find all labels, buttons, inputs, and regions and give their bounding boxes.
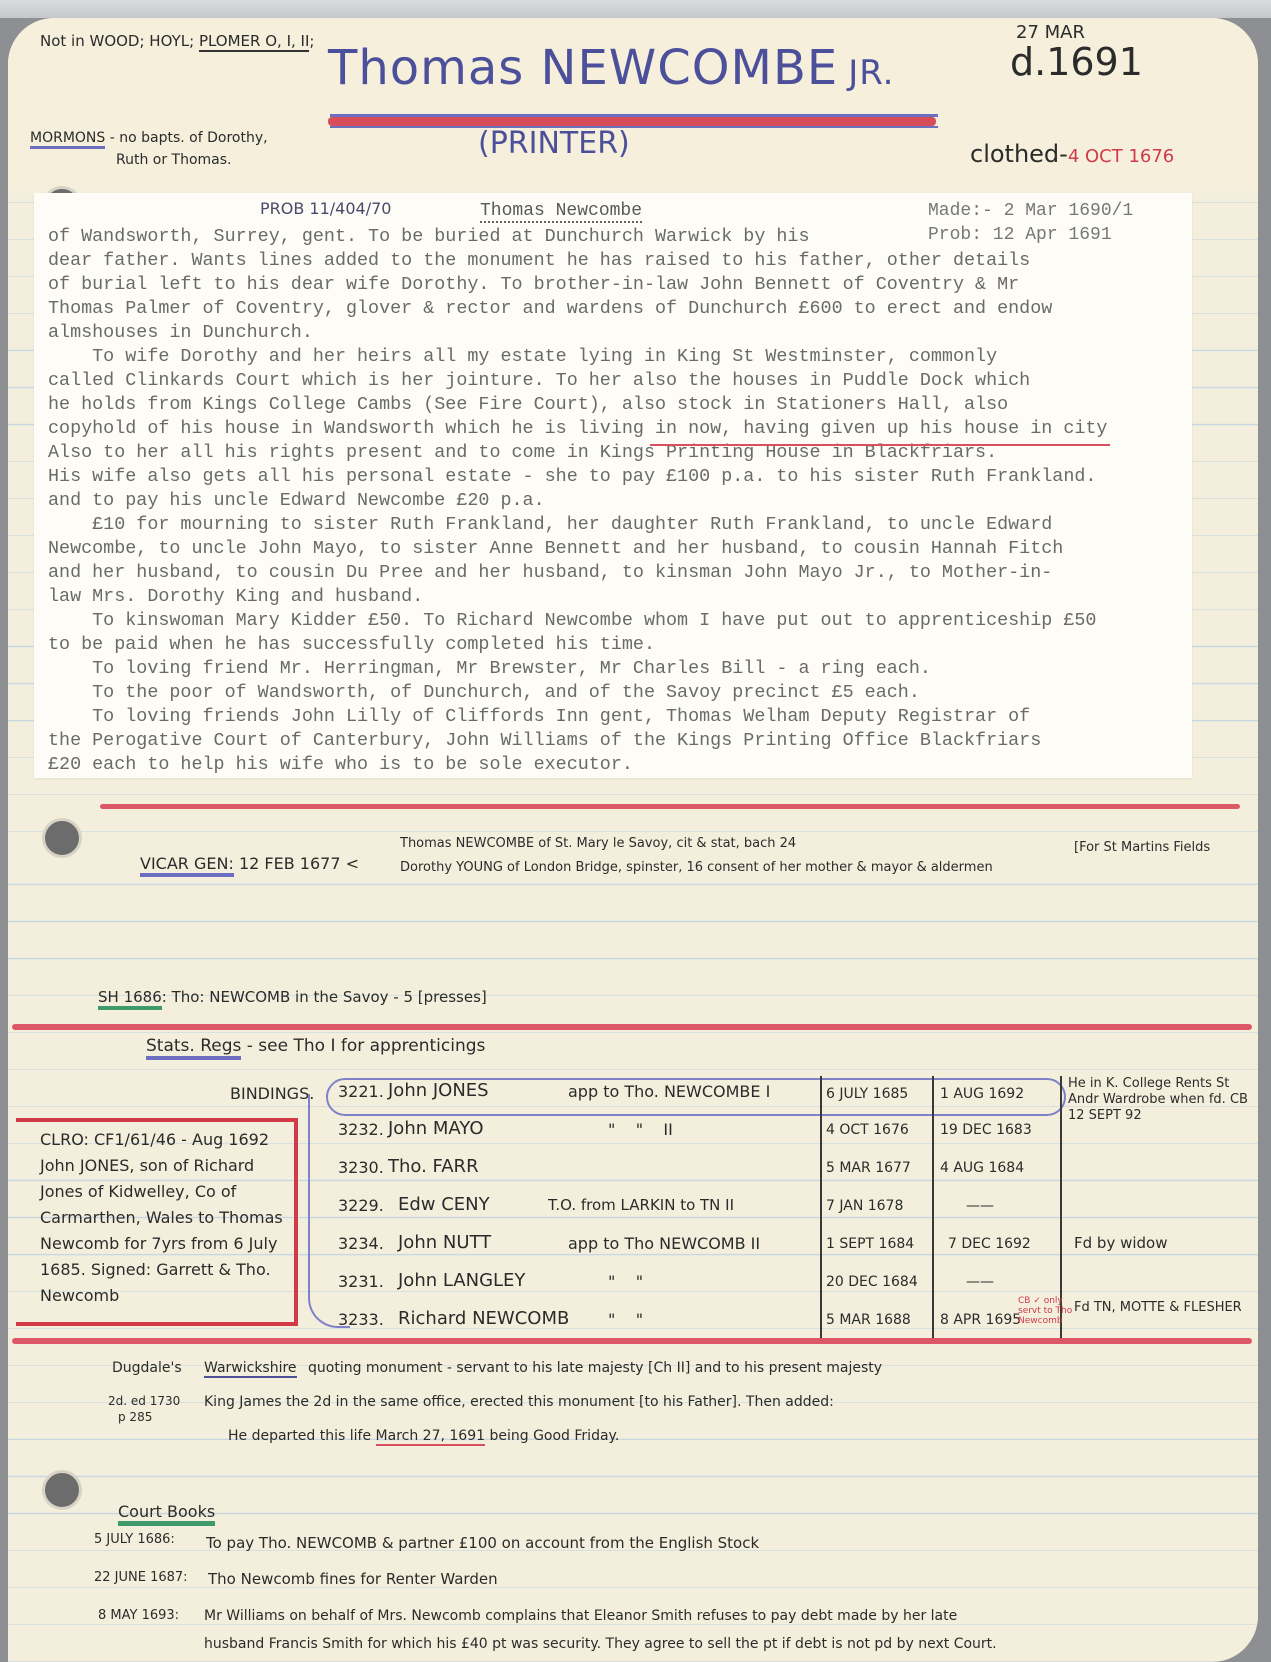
page-title: Thomas NEWCOMBEJR. — [328, 40, 894, 96]
clothed-label: clothed- — [970, 140, 1068, 168]
mormons-label: MORMONS — [30, 130, 105, 149]
index-card: Not in WOOD; HOYL; PLOMER O, I, II; Thom… — [8, 18, 1258, 1662]
table-divider — [932, 1076, 934, 1340]
section-divider — [12, 1338, 1252, 1344]
bound-date: 5 MAR 1688 — [826, 1312, 911, 1328]
bound-date: 7 JAN 1678 — [826, 1198, 903, 1214]
will-line: To loving friend Mr. Herringman, Mr Brew… — [48, 657, 1188, 681]
bound-date: 20 DEC 1684 — [826, 1274, 918, 1290]
will-line: Newcombe, to uncle John Mayo, to sister … — [48, 537, 1188, 561]
dugdale-page: p 285 — [118, 1410, 152, 1424]
title-underline-red — [328, 117, 936, 126]
will-line: called Clinkards Court which is her join… — [48, 369, 1188, 393]
dugdale-line-3-pre: He departed this life — [228, 1428, 371, 1444]
entry-number: 3231. — [338, 1272, 384, 1291]
title-underline-blue-lower — [330, 126, 938, 128]
will-made-date: Made:- 2 Mar 1690/1 — [928, 201, 1133, 221]
dugdale-line-1: quoting monument - servant to his late m… — [308, 1360, 882, 1376]
will-line: Thomas Palmer of Coventry, glover & rect… — [48, 297, 1188, 321]
will-line: His wife also gets all his personal esta… — [48, 465, 1188, 489]
will-line: the Perogative Court of Canterbury, John… — [48, 729, 1188, 753]
scanner-edge — [0, 0, 1271, 18]
clro-line: CLRO: CF1/61/46 - Aug 1692 — [40, 1130, 269, 1149]
entry-number: 3233. — [338, 1310, 384, 1329]
punch-hole — [42, 1470, 82, 1510]
will-line: To wife Dorothy and her heirs all my est… — [48, 345, 1188, 369]
will-abstract-slip: PROB 11/404/70 Thomas Newcombe Made:- 2 … — [34, 193, 1192, 778]
freed-date: 19 DEC 1683 — [940, 1122, 1032, 1138]
entry-number: 3230. — [338, 1158, 384, 1177]
will-text: of Wandsworth, Surrey, gent. To be burie… — [48, 225, 1188, 777]
binding-note: app to Tho NEWCOMB II — [568, 1234, 760, 1253]
will-line: almshouses in Dunchurch. — [48, 321, 1188, 345]
entry-number: 3234. — [338, 1234, 384, 1253]
court-entry-text: To pay Tho. NEWCOMB & partner £100 on ac… — [206, 1534, 759, 1552]
binding-note: T.O. from LARKIN to TN II — [548, 1196, 734, 1214]
freed-date: 7 DEC 1692 — [948, 1236, 1031, 1252]
remark: He in K. College Rents St Andr Wardrobe … — [1068, 1076, 1248, 1124]
sh1686-text: : Tho: NEWCOMB in the Savoy - 5 [presses… — [162, 988, 487, 1006]
plomer-ref: PLOMER O, I, II — [199, 32, 309, 52]
court-entry-text: Mr Williams on behalf of Mrs. Newcomb co… — [204, 1608, 957, 1624]
will-line: of burial left to his dear wife Dorothy.… — [48, 273, 1188, 297]
will-line: he holds from Kings College Cambs (See F… — [48, 393, 1188, 417]
section-divider — [100, 804, 1240, 809]
entry-number: 3229. — [338, 1196, 384, 1215]
stats-regs-text: - see Tho I for apprenticings — [247, 1036, 486, 1056]
will-line: of Wandsworth, Surrey, gent. To be burie… — [48, 225, 1188, 249]
will-line: dear father. Wants lines added to the mo… — [48, 249, 1188, 273]
bound-date: 6 JULY 1685 — [826, 1086, 908, 1102]
clothed-date: 4 OCT 1676 — [1068, 146, 1174, 167]
clro-line: Carmarthen, Wales to Thomas — [40, 1208, 283, 1227]
apprentice-name: Tho. FARR — [388, 1156, 479, 1177]
marriage-groom: Thomas NEWCOMBE of St. Mary le Savoy, ci… — [400, 836, 796, 851]
dugdale-line-3-post: being Good Friday. — [489, 1428, 619, 1444]
stats-regs-heading: Stats. Regs - see Tho I for apprenticing… — [146, 1036, 485, 1056]
dugdale-book: Warwickshire — [204, 1360, 297, 1378]
section-divider — [12, 1024, 1252, 1030]
binding-note: " " — [608, 1310, 643, 1329]
will-line: and her husband, to cousin Du Pree and h… — [48, 561, 1188, 585]
table-divider — [820, 1076, 822, 1340]
binding-note: " " — [608, 1272, 643, 1291]
court-entry-text: Tho Newcomb fines for Renter Warden — [208, 1570, 498, 1588]
sh1686-entry: SH 1686: Tho: NEWCOMB in the Savoy - 5 [… — [98, 988, 487, 1006]
will-line: to be paid when he has successfully comp… — [48, 633, 1188, 657]
court-books-heading: Court Books — [118, 1502, 215, 1521]
court-entry-date: 5 JULY 1686: — [94, 1532, 175, 1547]
clro-line: Jones of Kidwelley, Co of — [40, 1182, 236, 1201]
title-name: Thomas NEWCOMBE — [328, 40, 838, 96]
blackfriars-red-underline — [650, 444, 1110, 446]
clro-line: John JONES, son of Richard — [40, 1156, 254, 1175]
court-entry-date: 22 JUNE 1687: — [94, 1570, 188, 1585]
title-suffix: JR. — [848, 53, 894, 93]
will-line: To the poor of Wandsworth, of Dunchurch,… — [48, 681, 1188, 705]
sources-note: Not in WOOD; HOYL; PLOMER O, I, II; — [40, 32, 314, 50]
bound-date: 4 OCT 1676 — [826, 1122, 909, 1138]
dugdale-line-2: King James the 2d in the same office, er… — [204, 1394, 834, 1410]
mormons-text-2: Ruth or Thomas. — [116, 152, 232, 168]
binding-note: app to Tho. NEWCOMBE I — [568, 1082, 770, 1101]
clothed-note: clothed-4 OCT 1676 — [970, 140, 1174, 168]
red-annotation: CB ✓ only servt to Tho Newcomb — [1018, 1296, 1078, 1326]
clro-line: Newcomb for 7yrs from 6 July — [40, 1234, 277, 1253]
will-line: To kinswoman Mary Kidder £50. To Richard… — [48, 609, 1188, 633]
will-line: and to pay his uncle Edward Newcombe £20… — [48, 489, 1188, 513]
clro-line: 1685. Signed: Garrett & Tho. — [40, 1260, 271, 1279]
death-year: d.1691 — [1010, 40, 1143, 84]
apprentice-name: Richard NEWCOMB — [398, 1308, 569, 1329]
bound-date: 1 SEPT 1684 — [826, 1236, 914, 1252]
will-line: law Mrs. Dorothy King and husband. — [48, 585, 1188, 609]
remark: Fd TN, MOTTE & FLESHER — [1074, 1300, 1244, 1316]
clro-box: CLRO: CF1/61/46 - Aug 1692 John JONES, s… — [16, 1118, 298, 1326]
freed-date: 4 AUG 1684 — [940, 1160, 1024, 1176]
marriage-bride: Dorothy YOUNG of London Bridge, spinster… — [400, 860, 993, 875]
clro-line: Newcomb — [40, 1286, 119, 1305]
apprentice-name: John MAYO — [388, 1118, 483, 1139]
freed-date: —— — [966, 1274, 994, 1290]
sources-note-prefix: Not in WOOD; HOYL; — [40, 32, 194, 50]
apprentice-name: John NUTT — [398, 1232, 491, 1253]
court-entry-date: 8 MAY 1693: — [98, 1608, 179, 1623]
freed-date: 1 AUG 1692 — [940, 1086, 1024, 1102]
vicar-gen-date: 12 FEB 1677 — [239, 854, 341, 873]
vicar-gen-entry: VICAR GEN: 12 FEB 1677 < — [140, 854, 359, 873]
stats-regs-label: Stats. Regs — [146, 1036, 241, 1060]
entry-number: 3232. — [338, 1120, 384, 1139]
court-books-label: Court Books — [118, 1502, 215, 1526]
occupation-label: (PRINTER) — [478, 126, 630, 161]
vicar-gen-label: VICAR GEN: — [140, 854, 234, 877]
apprentice-name: John LANGLEY — [398, 1270, 525, 1291]
sources-note-suffix: ; — [309, 32, 314, 50]
will-line: To loving friends John Lilly of Clifford… — [48, 705, 1188, 729]
will-testator-name: Thomas Newcombe — [480, 201, 642, 223]
dugdale-source: Dugdale's — [112, 1360, 182, 1376]
court-entry-text: husband Francis Smith for which his £40 … — [204, 1636, 997, 1652]
marriage-note: [For St Martins Fields — [1074, 840, 1210, 855]
freed-date: —— — [966, 1198, 994, 1214]
dugdale-line-3: He departed this life March 27, 1691 bei… — [228, 1428, 619, 1444]
death-date-quote: March 27, 1691 — [376, 1428, 485, 1446]
entry-number: 3221. — [338, 1082, 384, 1101]
apprentice-name: Edw CENY — [398, 1194, 490, 1215]
bound-date: 5 MAR 1677 — [826, 1160, 911, 1176]
will-line: £10 for mourning to sister Ruth Franklan… — [48, 513, 1188, 537]
remark: Fd by widow — [1074, 1234, 1168, 1252]
mormons-text-1: - no bapts. of Dorothy, — [110, 130, 268, 146]
will-line: £20 each to help his wife who is to be s… — [48, 753, 1188, 777]
will-line: copyhold of his house in Wandsworth whic… — [48, 417, 1188, 441]
apprentice-name: John JONES — [388, 1080, 489, 1101]
bindings-label: BINDINGS. — [230, 1084, 314, 1103]
sh1686-label: SH 1686 — [98, 988, 162, 1010]
dugdale-edition: 2d. ed 1730 — [108, 1394, 180, 1408]
punch-hole — [42, 818, 82, 858]
mormons-note: MORMONS - no bapts. of Dorothy, — [30, 130, 268, 146]
will-reference: PROB 11/404/70 — [260, 199, 391, 218]
freed-date: 8 APR 1695 — [940, 1312, 1021, 1328]
binding-note: " " II — [608, 1120, 673, 1139]
